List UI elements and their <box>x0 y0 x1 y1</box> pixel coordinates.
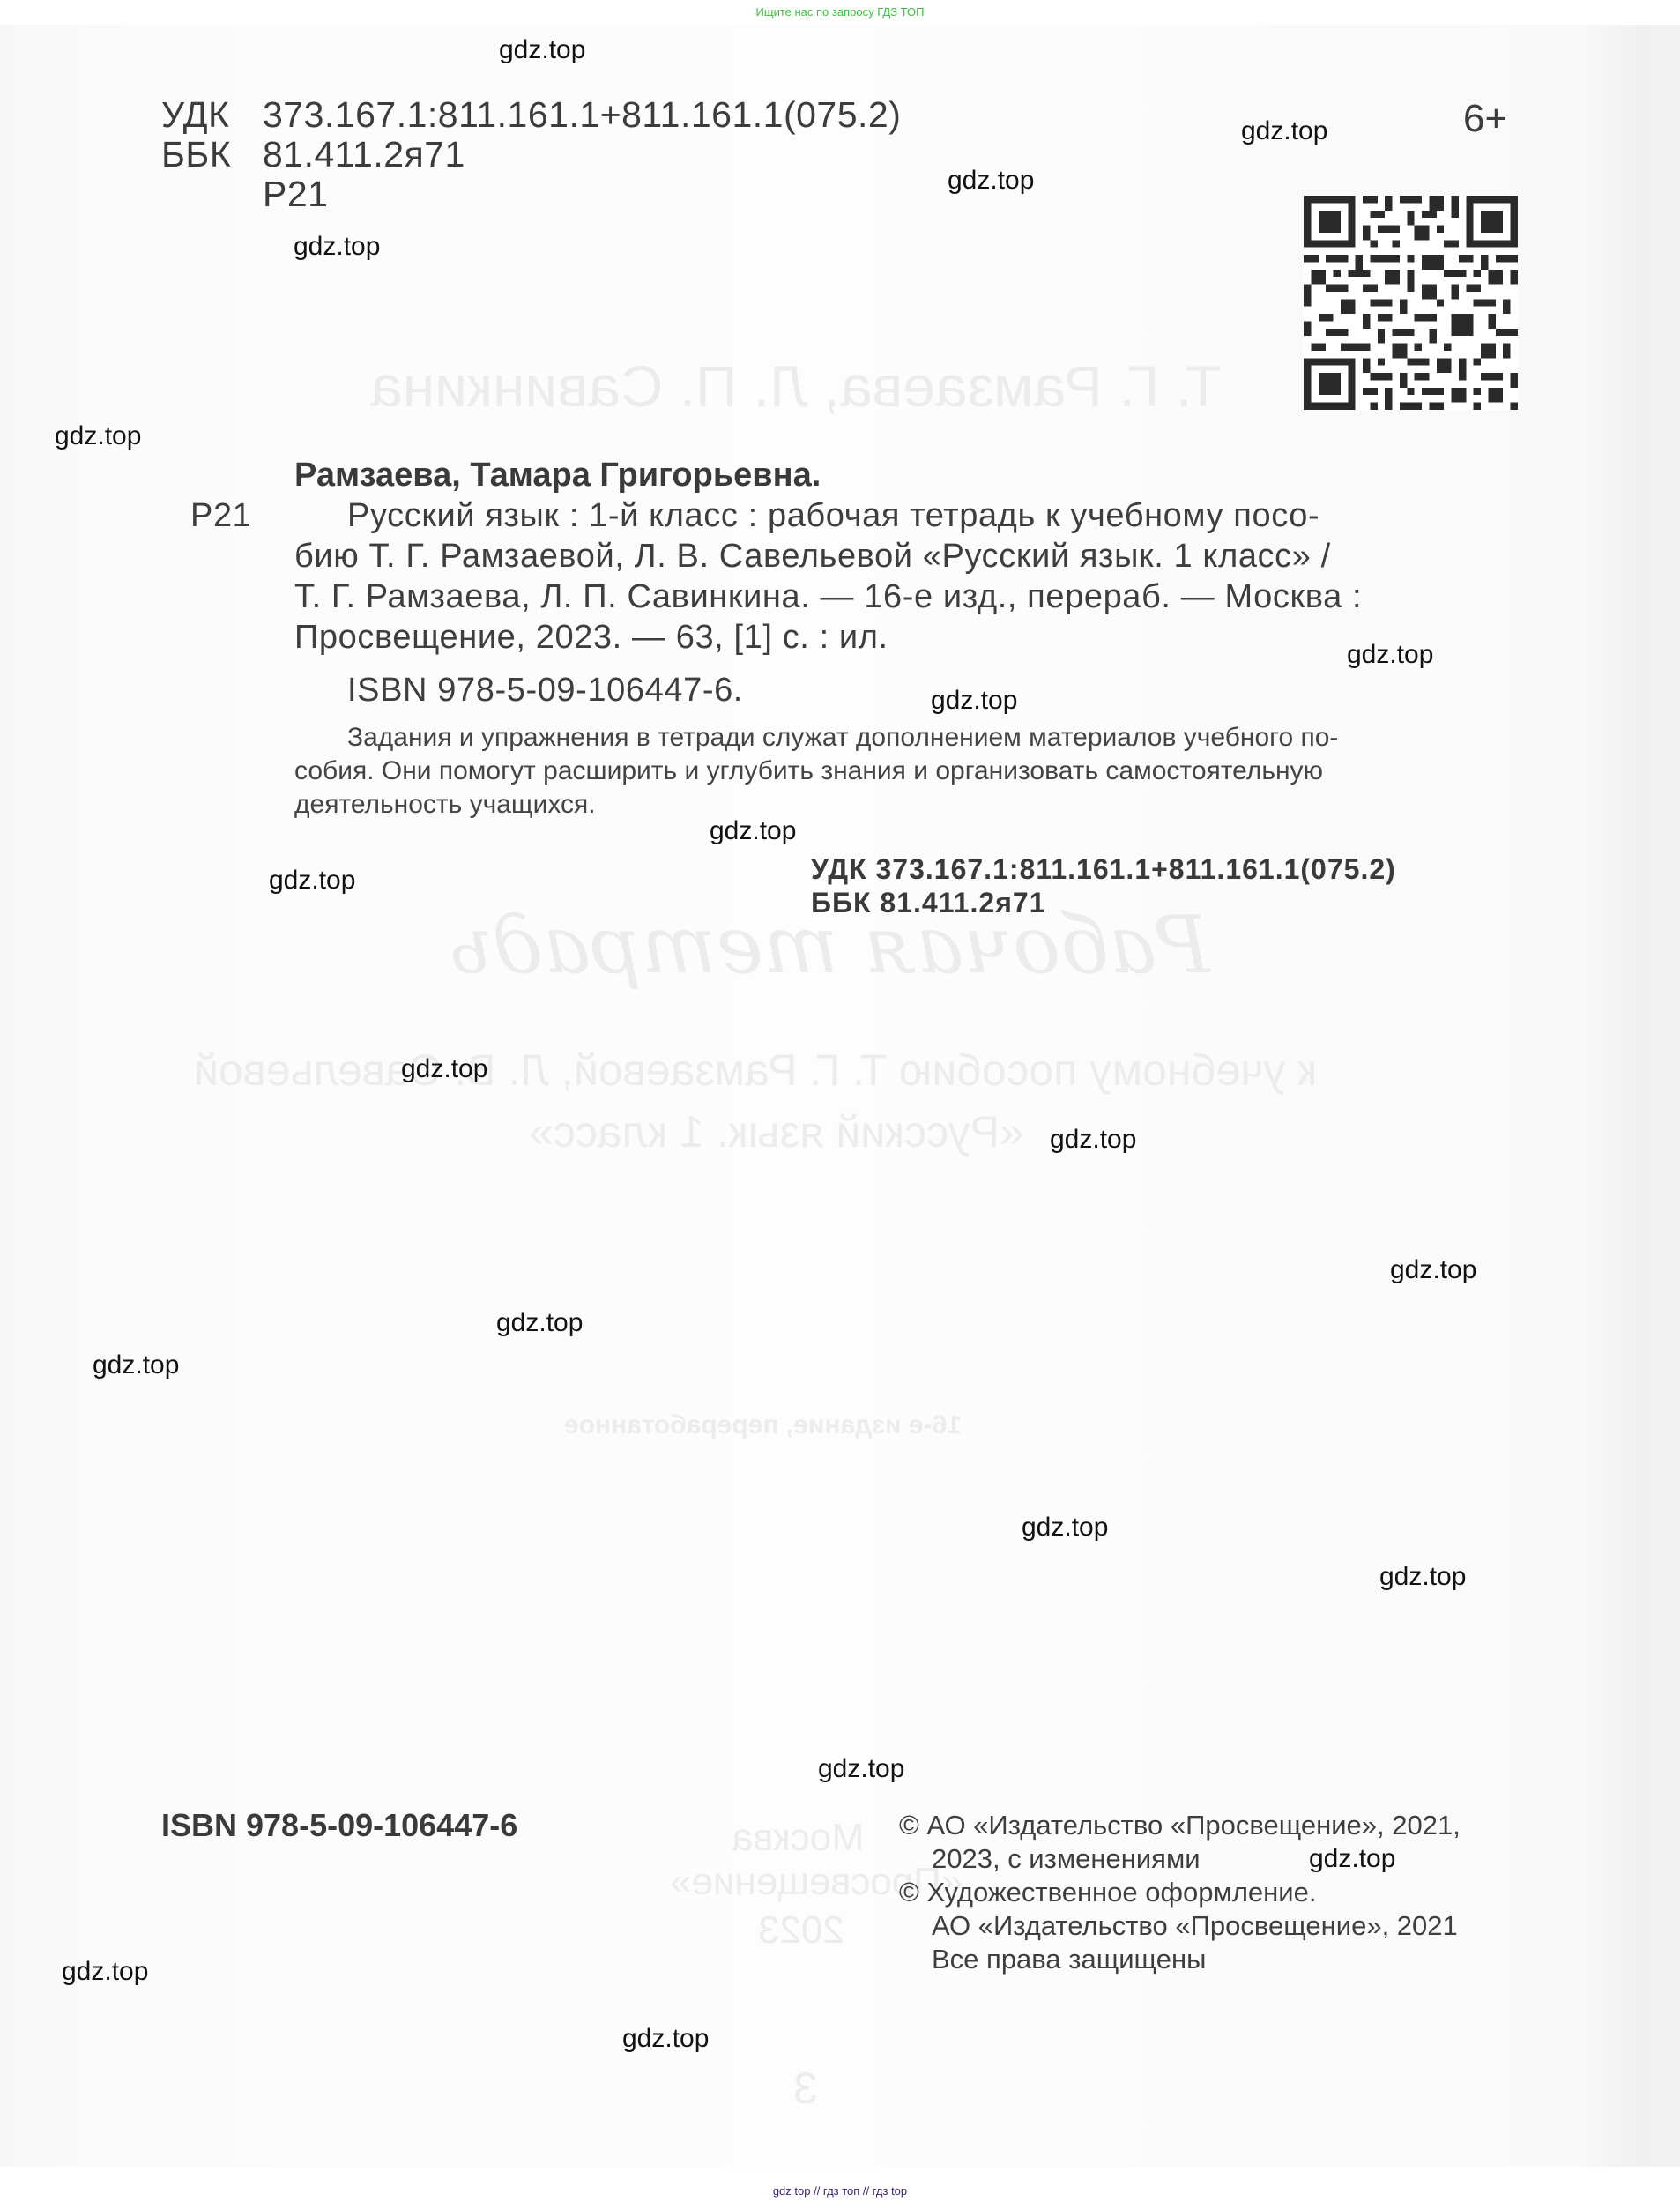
watermark: gdz.top <box>93 1350 179 1380</box>
copyright-line-4: АО «Издательство «Просвещение», 2021 <box>932 1909 1458 1943</box>
record-line-4: Просвещение, 2023. — 63, [1] с. : ил. <box>294 619 888 657</box>
watermark: gdz.top <box>496 1308 583 1338</box>
record-author: Рамзаева, Тамара Григорьевна. <box>294 457 821 495</box>
record-line-3: Т. Г. Рамзаева, Л. П. Савинкина. — 16-е … <box>294 578 1362 616</box>
watermark: gdz.top <box>55 421 141 451</box>
ghost-year: 2023 <box>758 1908 844 1952</box>
watermark: gdz.top <box>710 816 796 846</box>
watermark: gdz.top <box>931 686 1017 716</box>
watermark: gdz.top <box>622 2024 709 2054</box>
imprint-isbn: ISBN 978-5-09-106447-6 <box>161 1807 517 1844</box>
record-mark: Р21 <box>190 497 251 535</box>
watermark: gdz.top <box>1241 116 1327 146</box>
qr-code-icon <box>1304 196 1518 410</box>
watermark: gdz.top <box>818 1754 904 1784</box>
watermark: gdz.top <box>294 232 380 262</box>
age-rating: 6+ <box>1463 97 1507 141</box>
bbk-row: ББК81.411.2я71 <box>161 134 465 175</box>
watermark: gdz.top <box>62 1957 148 1987</box>
ghost-authors: Т. Г. Рамзаева, Л. П. Савинкина <box>370 353 1221 420</box>
qr-code[interactable] <box>1304 196 1518 410</box>
ghost-edition: 16-е издание, переработанное <box>564 1410 962 1440</box>
udk-row: УДК373.167.1:811.161.1+811.161.1(075.2) <box>161 94 901 136</box>
watermark: gdz.top <box>269 866 355 896</box>
watermark: gdz.top <box>1050 1125 1136 1155</box>
udk-label: УДК <box>161 94 263 136</box>
watermark: gdz.top <box>1022 1513 1108 1543</box>
ghost-page-number: 3 <box>793 2063 818 2114</box>
copyright-line-2: 2023, с изменениями <box>932 1842 1201 1876</box>
record-line-2: бию Т. Г. Рамзаевой, Л. В. Савельевой «Р… <box>294 538 1331 576</box>
record-bbk: ББК 81.411.2я71 <box>811 887 1045 919</box>
abstract-line-3: деятельность учащихся. <box>294 788 596 822</box>
author-mark-top: Р21 <box>263 174 328 215</box>
ghost-city: Москва <box>732 1816 864 1860</box>
watermark: gdz.top <box>948 166 1034 196</box>
copyright-line-3: © Художественное оформление. <box>899 1876 1316 1909</box>
watermark: gdz.top <box>1309 1844 1395 1874</box>
watermark: gdz.top <box>1347 640 1433 670</box>
ghost-subtitle-2: «Русский язык. 1 класс» <box>529 1106 1024 1157</box>
udk-value: 373.167.1:811.161.1+811.161.1(075.2) <box>263 94 901 135</box>
watermark: gdz.top <box>499 35 585 65</box>
watermark: gdz.top <box>1390 1255 1476 1285</box>
watermark: gdz.top <box>401 1054 487 1084</box>
copyright-line-5: Все права защищены <box>932 1943 1206 1976</box>
record-line-1: Русский язык : 1-й класс : рабочая тетра… <box>347 497 1319 535</box>
record-isbn: ISBN 978-5-09-106447-6. <box>347 672 743 710</box>
watermark: gdz.top <box>1379 1562 1466 1592</box>
footer-links[interactable]: gdz top // гдз топ // гдз top <box>0 2184 1680 2198</box>
abstract-line-1: Задания и упражнения в тетради служат до… <box>347 721 1338 755</box>
bbk-label: ББК <box>161 134 263 175</box>
page-edge-shadow <box>1648 25 1680 2167</box>
search-banner[interactable]: Ищите нас по запросу ГДЗ ТОП <box>0 5 1680 19</box>
abstract-line-2: собия. Они помогут расширить и углубить … <box>294 755 1323 788</box>
ghost-subtitle-1: к учебному пособию Т. Г. Рамзаевой, Л. В… <box>194 1045 1317 1096</box>
record-udk: УДК 373.167.1:811.161.1+811.161.1(075.2) <box>811 853 1396 886</box>
bbk-value: 81.411.2я71 <box>263 134 465 175</box>
copyright-line-1: © АО «Издательство «Просвещение», 2021, <box>899 1809 1461 1842</box>
